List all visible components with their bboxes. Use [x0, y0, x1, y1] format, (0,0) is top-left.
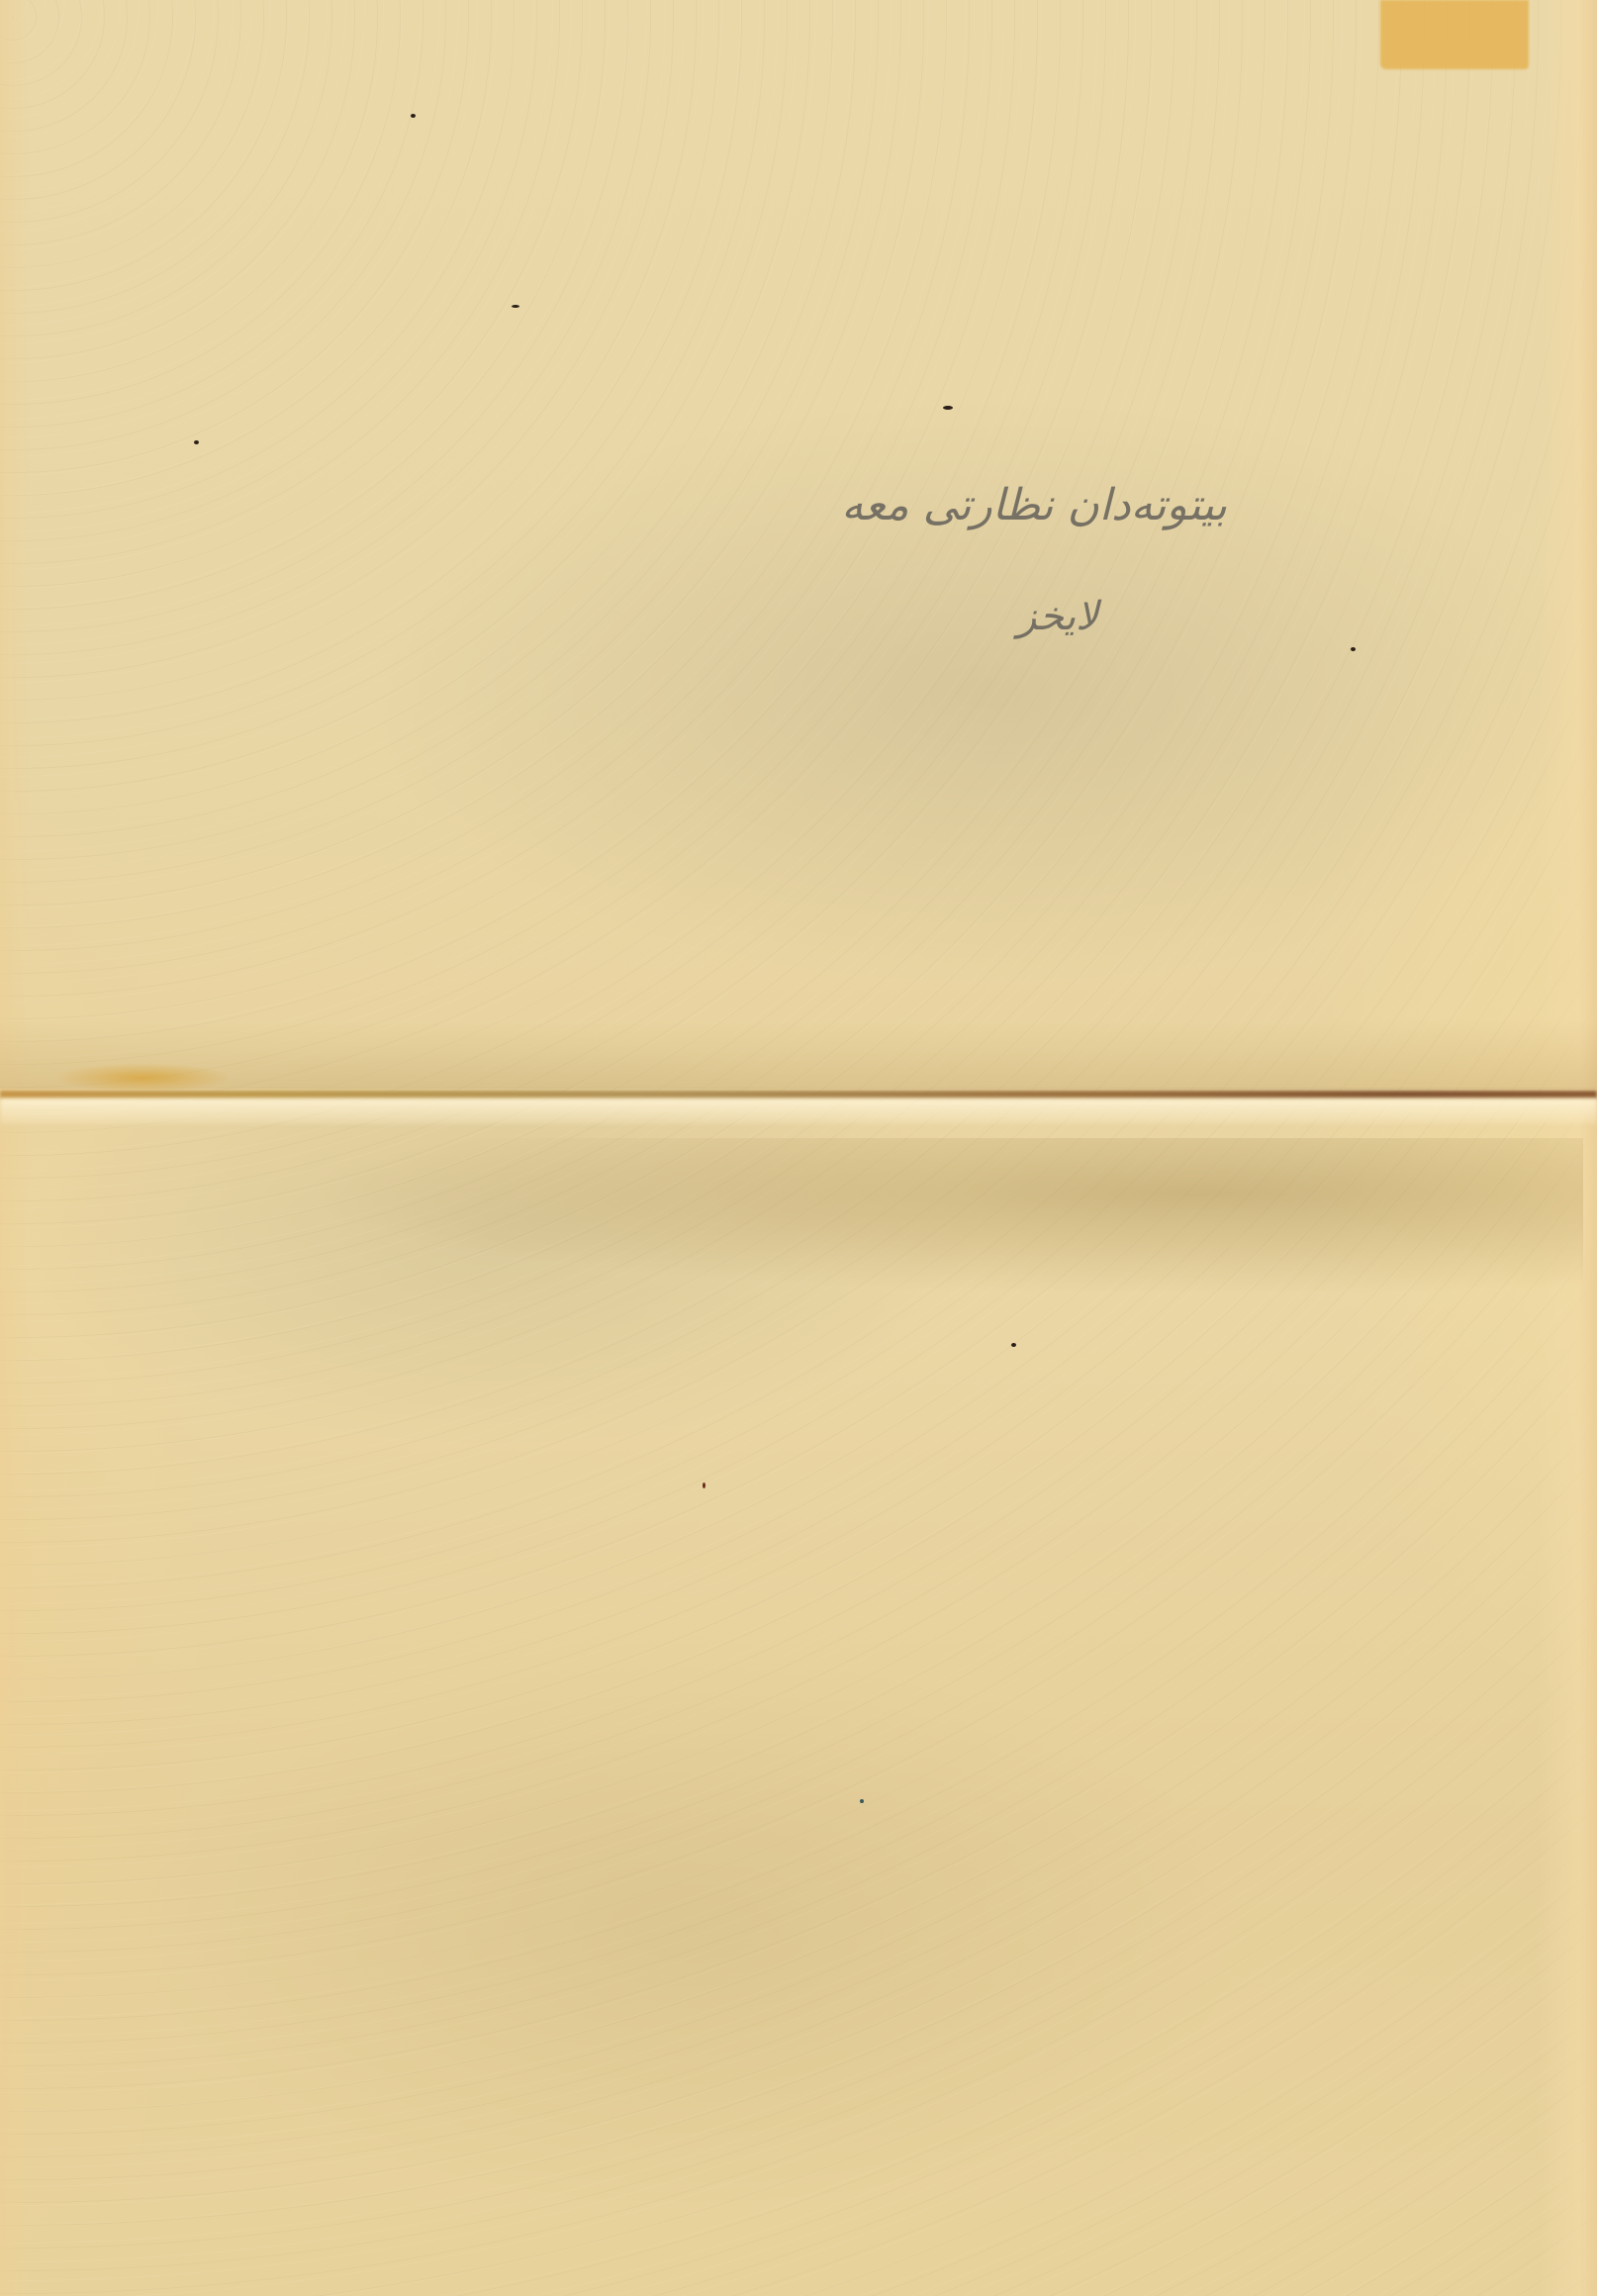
fold-shadow-bottom [297, 1138, 1583, 1296]
paper-edge-left [0, 0, 30, 2296]
paper-speck [943, 406, 953, 410]
tape-stain [1380, 0, 1529, 69]
inscription-line-1: بیتوته‌دان نظارتی معه [841, 480, 1227, 530]
inscription-line-2: لایخز [1017, 594, 1098, 639]
fold-shadow-top [0, 1019, 1597, 1089]
fold-stain [59, 1064, 228, 1092]
paper-speck [703, 1483, 705, 1488]
paper-speck [1011, 1343, 1016, 1347]
paper-speck [512, 305, 519, 308]
document-page: بیتوته‌دان نظارتی معه لایخز [0, 0, 1597, 2296]
paper-speck [1351, 647, 1356, 651]
paper-speck [194, 440, 199, 444]
paper-speck [860, 1799, 864, 1803]
fold-highlight [0, 1099, 1597, 1124]
fold-crease [0, 1091, 1597, 1099]
paper-speck [411, 114, 416, 118]
